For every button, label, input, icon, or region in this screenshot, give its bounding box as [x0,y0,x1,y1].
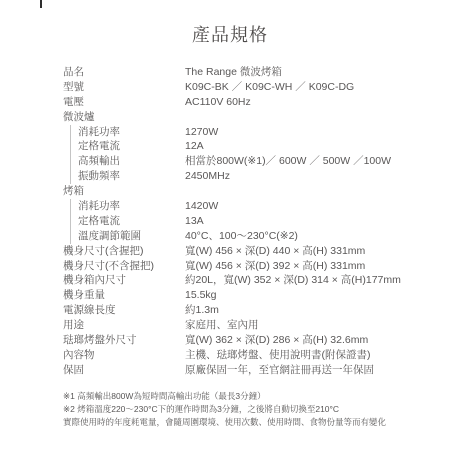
spec-label: 高頻輸出 [70,154,185,169]
spec-value: AC110V 60Hz [185,95,455,110]
spec-row: 電源線長度約1.3m [63,303,455,318]
spec-label: 機身尺寸(不含握把) [63,259,185,274]
spec-row: 電壓AC110V 60Hz [63,95,455,110]
spec-label: 保固 [63,363,185,378]
footnote-line: 實際使用時的年度耗電量，會隨周圍環境、使用次數、使用時間、食物份量等而有變化 [63,416,455,429]
footnotes: ※1 高頻輸出800W為短時間高輸出功能（最長3分鐘）※2 烤箱溫度220〜23… [63,390,455,429]
spec-value: 寬(W) 456 × 深(D) 440 × 高(H) 331mm [185,244,455,259]
spec-value: 2450MHz [185,169,455,184]
spec-value: The Range 微波烤箱 [185,65,455,80]
spec-label: 消耗功率 [70,125,185,140]
spec-row: 機身箱內尺寸約20L，寬(W) 352 × 深(D) 314 × 高(H)177… [63,273,455,288]
footnote-line: ※1 高頻輸出800W為短時間高輸出功能（最長3分鐘） [63,390,455,403]
spec-row: 定格電流13A [63,214,455,229]
spec-label: 電壓 [63,95,185,110]
spec-label: 烤箱 [63,184,185,199]
spec-label: 機身尺寸(含握把) [63,244,185,259]
spec-label: 用途 [63,318,185,333]
spec-label: 琺瑯烤盤外尺寸 [63,333,185,348]
spec-label: 振動頻率 [70,169,185,184]
spec-value: 家庭用、室內用 [185,318,455,333]
page-title: 產品規格 [0,0,460,47]
spec-row: 消耗功率1420W [63,199,455,214]
spec-row: 琺瑯烤盤外尺寸寬(W) 362 × 深(D) 286 × 高(H) 32.6mm [63,333,455,348]
spec-value: 主機、琺瑯烤盤、使用說明書(附保證書) [185,348,455,363]
spec-row: 消耗功率1270W [63,125,455,140]
spec-table: 品名The Range 微波烤箱型號K09C-BK ／ K09C-WH ／ K0… [63,65,455,378]
spec-row: 機身尺寸(不含握把)寬(W) 456 × 深(D) 392 × 高(H) 331… [63,259,455,274]
spec-value: 12A [185,139,455,154]
spec-section-header: 微波爐 [63,110,455,125]
spec-row: 振動頻率2450MHz [63,169,455,184]
spec-value: 1420W [185,199,455,214]
top-edge-mark [40,0,42,8]
spec-value: 相當於800W(※1)／ 600W ／ 500W ／100W [185,154,455,169]
spec-value: 約1.3m [185,303,455,318]
spec-row: 溫度調節範圍40°C、100〜230°C(※2) [63,229,455,244]
spec-label: 消耗功率 [70,199,185,214]
spec-label: 定格電流 [70,214,185,229]
spec-value: 40°C、100〜230°C(※2) [185,229,455,244]
spec-label: 機身重量 [63,288,185,303]
spec-label: 定格電流 [70,139,185,154]
spec-label: 型號 [63,80,185,95]
spec-label: 溫度調節範圍 [70,229,185,244]
spec-row: 品名The Range 微波烤箱 [63,65,455,80]
spec-row: 高頻輸出相當於800W(※1)／ 600W ／ 500W ／100W [63,154,455,169]
spec-row: 定格電流12A [63,139,455,154]
spec-label: 電源線長度 [63,303,185,318]
spec-value: 寬(W) 456 × 深(D) 392 × 高(H) 331mm [185,259,455,274]
spec-value: 寬(W) 362 × 深(D) 286 × 高(H) 32.6mm [185,333,455,348]
spec-value: 13A [185,214,455,229]
spec-label: 品名 [63,65,185,80]
spec-row: 保固原廠保固一年，至官網註冊再送一年保固 [63,363,455,378]
spec-row: 機身尺寸(含握把)寬(W) 456 × 深(D) 440 × 高(H) 331m… [63,244,455,259]
spec-label: 內容物 [63,348,185,363]
spec-row: 機身重量15.5kg [63,288,455,303]
spec-label: 微波爐 [63,110,185,125]
spec-row: 型號K09C-BK ／ K09C-WH ／ K09C-DG [63,80,455,95]
spec-label: 機身箱內尺寸 [63,273,185,288]
product-spec-page: 產品規格 品名The Range 微波烤箱型號K09C-BK ／ K09C-WH… [0,0,460,429]
spec-value: 15.5kg [185,288,455,303]
spec-value: 1270W [185,125,455,140]
spec-row: 用途家庭用、室內用 [63,318,455,333]
spec-value: K09C-BK ／ K09C-WH ／ K09C-DG [185,80,455,95]
spec-value: 原廠保固一年，至官網註冊再送一年保固 [185,363,455,378]
spec-row: 內容物主機、琺瑯烤盤、使用說明書(附保證書) [63,348,455,363]
spec-section-header: 烤箱 [63,184,455,199]
footnote-line: ※2 烤箱溫度220〜230°C下的運作時間為3分鐘，之後將自動切換至210°C [63,403,455,416]
spec-value: 約20L，寬(W) 352 × 深(D) 314 × 高(H)177mm [185,273,455,288]
